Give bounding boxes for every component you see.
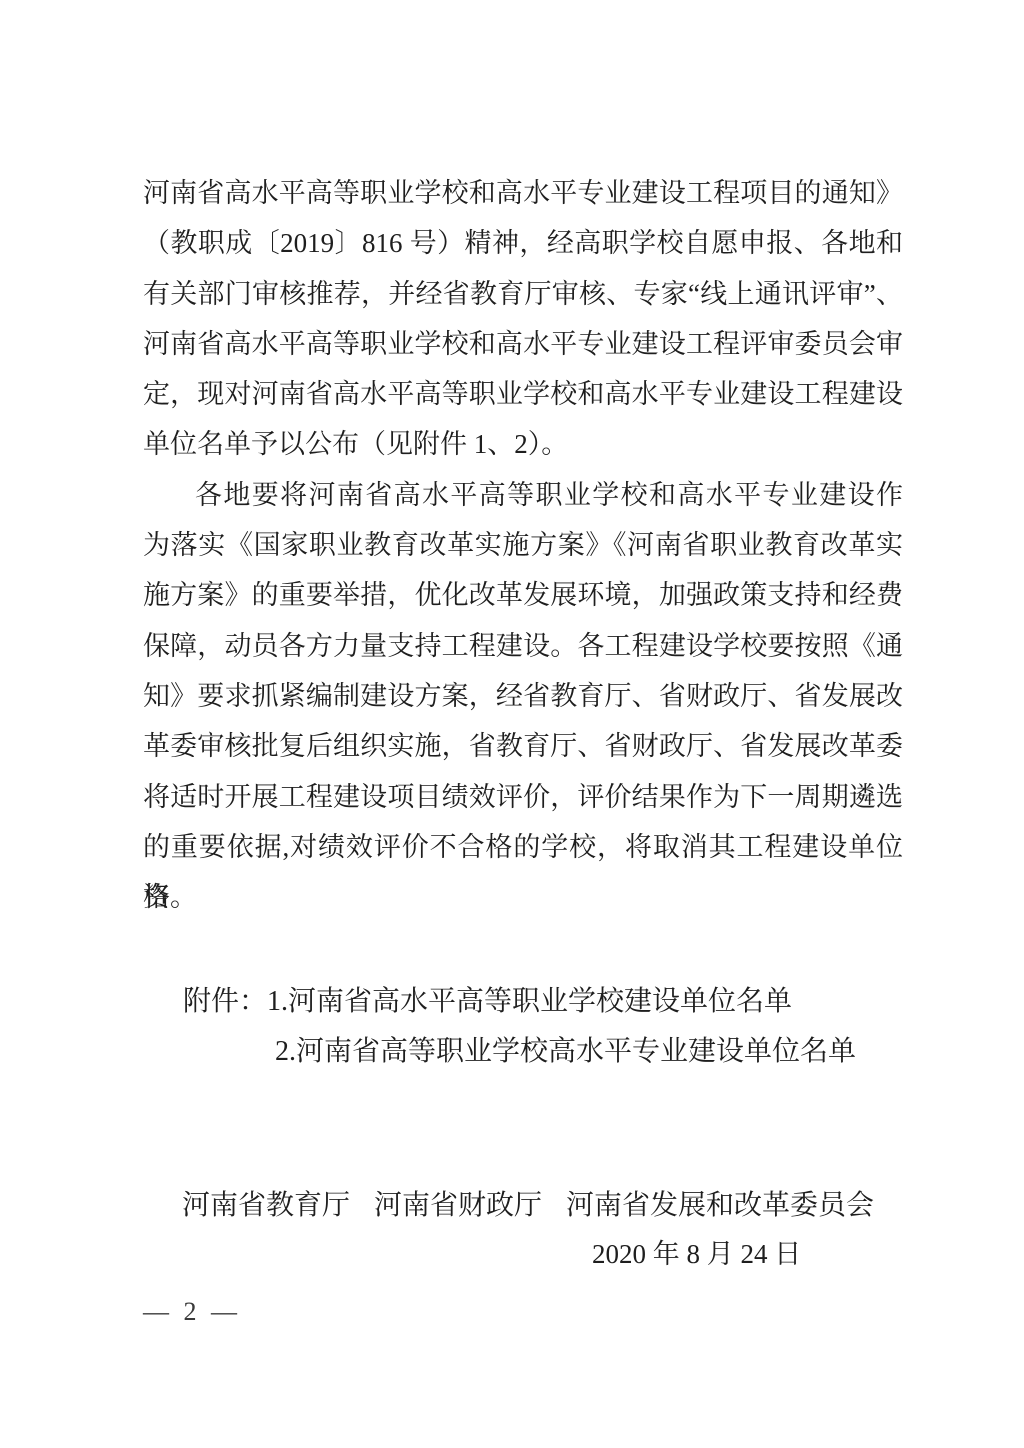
body-line: 的重要依据,对绩效评价不合格的学校，将取消其工程建设单位资: [143, 822, 903, 872]
issuing-department: 河南省发展和改革委员会: [566, 1181, 874, 1231]
attachment-list: 附件：1.河南省高水平高等职业学校建设单位名单 2.河南省高等职业学校高水平专业…: [143, 977, 943, 1078]
body-line: 知》要求抓紧编制建设方案，经省教育厅、省财政厅、省发展改: [143, 671, 903, 721]
body-line: 保障，动员各方力量支持工程建设。各工程建设学校要按照《通: [143, 621, 903, 671]
body-line: 革委审核批复后组织实施，省教育厅、省财政厅、省发展改革委: [143, 721, 903, 771]
body-line: 定，现对河南省高水平高等职业学校和高水平专业建设工程建设: [143, 369, 903, 419]
body-line: 河南省高水平高等职业学校和高水平专业建设工程评审委员会审: [143, 319, 903, 369]
body-line: （教职成〔2019〕816 号）精神，经高职学校自愿申报、各地和: [143, 218, 903, 268]
document-body: 河南省高水平高等职业学校和高水平专业建设工程项目的通知》 （教职成〔2019〕8…: [143, 168, 903, 922]
issuing-department: 河南省财政厅: [374, 1181, 542, 1231]
body-line: 各地要将河南省高水平高等职业学校和高水平专业建设作: [143, 470, 903, 520]
body-line: 施方案》的重要举措，优化改革发展环境，加强政策支持和经费: [143, 570, 903, 620]
body-line: 单位名单予以公布（见附件 1、2）。: [143, 419, 903, 469]
body-line: 河南省高水平高等职业学校和高水平专业建设工程项目的通知》: [143, 168, 903, 218]
page-number: — 2 —: [143, 1294, 237, 1330]
body-line: 有关部门审核推荐，并经省教育厅审核、专家“线上通讯评审”、: [143, 269, 903, 319]
body-line: 将适时开展工程建设项目绩效评价，评价结果作为下一周期遴选: [143, 772, 903, 822]
issuing-departments: 河南省教育厅 河南省财政厅 河南省发展和改革委员会: [182, 1181, 874, 1231]
issuing-department: 河南省教育厅: [182, 1181, 350, 1231]
document-page: 河南省高水平高等职业学校和高水平专业建设工程项目的通知》 （教职成〔2019〕8…: [0, 0, 1024, 1448]
attachment-item: 附件：1.河南省高水平高等职业学校建设单位名单: [143, 977, 943, 1027]
issue-date: 2020 年 8 月 24 日: [592, 1229, 801, 1279]
attachment-item: 2.河南省高等职业学校高水平专业建设单位名单: [143, 1027, 943, 1077]
body-line: 为落实《国家职业教育改革实施方案》《河南省职业教育改革实: [143, 520, 903, 570]
body-line: 格。: [143, 872, 903, 922]
